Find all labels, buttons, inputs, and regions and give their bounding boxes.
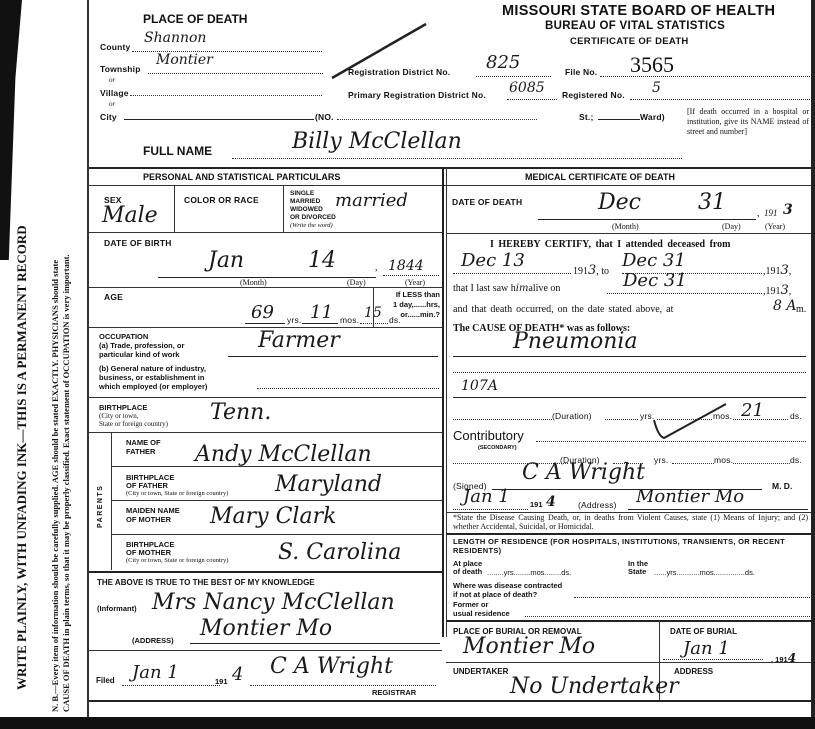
or-text: or	[109, 100, 115, 108]
mother-birthplace-label: BIRTHPLACE OF MOTHER (City or town, Stat…	[126, 541, 228, 565]
village-field[interactable]	[130, 86, 322, 96]
row-rule	[89, 397, 442, 398]
attended-from-year-prefix: 1913, to	[573, 263, 609, 278]
occupation-a-label: (a) Trade, profession, or	[99, 341, 184, 350]
dod-month-value: Dec	[598, 190, 641, 215]
mother-birthplace-value: S. Carolina	[278, 540, 401, 565]
birthplace-hint-line: State or foreign country)	[99, 420, 168, 428]
contributory-field[interactable]	[536, 432, 806, 442]
marital-option-widowed: WIDOWED	[290, 206, 336, 214]
filed-label: Filed	[96, 676, 115, 685]
month-caption: (Month)	[240, 278, 267, 287]
medical-section-title: MEDICAL CERTIFICATE OF DEATH	[525, 172, 675, 182]
marital-hint: (Write the word)	[290, 222, 336, 230]
marital-status-field[interactable]: married	[335, 190, 440, 212]
cell-divider	[283, 185, 284, 232]
undertaker-address-label: ADDRESS	[674, 667, 713, 676]
year-prefix: 191	[766, 286, 781, 297]
age-months-value: 11	[310, 302, 333, 323]
physician-address-label: (Address)	[578, 500, 617, 510]
township-field[interactable]: Montier	[148, 60, 323, 74]
filed-date-field[interactable]: Jan 1	[122, 672, 220, 686]
mos-unit: mos.	[530, 568, 546, 577]
duration-label: (Duration)	[552, 411, 592, 421]
parents-divider	[111, 432, 112, 570]
informant-label: (Informant)	[97, 604, 137, 613]
ds-unit: ds.	[790, 411, 802, 421]
dod-year-prefix: 191	[764, 208, 778, 218]
cause-line-2[interactable]	[453, 363, 806, 373]
in-state-label: In the State	[628, 560, 648, 576]
marital-option-divorced: OR DIVORCED	[290, 214, 336, 222]
full-name-value: Billy McClellan	[292, 129, 462, 154]
yrs-unit: yrs.	[654, 455, 669, 465]
form-bottom-rule	[89, 700, 811, 702]
at-place-label: At place of death	[453, 560, 482, 576]
county-field[interactable]: Shannon	[132, 38, 322, 52]
occupation-field[interactable]: Farmer	[228, 342, 438, 357]
death-time-value[interactable]: 8 A	[773, 298, 796, 314]
birthplace-label: BIRTHPLACE	[99, 403, 147, 412]
parents-label: PARENTS	[97, 485, 104, 528]
duration-days-field[interactable]: 21	[733, 410, 788, 420]
informant-address-field[interactable]: Montier Mo	[190, 628, 440, 644]
label-line: FATHER	[126, 447, 161, 456]
father-name-field[interactable]: Andy McClellan	[195, 444, 440, 466]
last-saw-suffix: alive on	[528, 283, 560, 294]
bureau-title: BUREAU OF VITAL STATISTICS	[545, 20, 725, 32]
contributory-months-field[interactable]	[672, 454, 714, 464]
yrs-unit: yrs.	[287, 315, 302, 325]
file-no-label: File No.	[565, 67, 597, 77]
year-caption: (Year)	[765, 222, 785, 231]
registration-district-label: Registration District No.	[348, 67, 450, 77]
md-label: M. D.	[772, 481, 792, 491]
certify-statement: I HEREBY CERTIFY, that I attended deceas…	[490, 239, 731, 250]
sex-value: Male	[102, 203, 158, 228]
industry-label-block: (b) General nature of industry, business…	[99, 364, 207, 391]
dob-month-value: Jan	[208, 248, 244, 273]
ward-label: Ward)	[640, 112, 665, 122]
year-prefix: 191	[573, 266, 588, 277]
contracted-label: Where was disease contracted if not at p…	[453, 581, 562, 599]
registered-no-field[interactable]: 5	[630, 86, 810, 100]
undertaker-value: No Undertaker	[510, 674, 679, 699]
center-divider-inner	[446, 167, 447, 637]
occupation-label: OCCUPATION	[99, 332, 184, 341]
attended-to-value: Dec 31	[622, 250, 686, 271]
county-label: County	[100, 42, 130, 52]
dod-label: DATE OF DEATH	[452, 197, 522, 207]
yrs-unit: yrs.	[667, 568, 679, 577]
attended-to-year: ,1913,	[763, 263, 791, 278]
primary-district-label: Primary Registration District No.	[348, 90, 486, 100]
margin-note-line-2: CAUSE OF DEATH in plain terms, so that i…	[61, 254, 71, 712]
month-caption: (Month)	[612, 222, 639, 231]
contracted-field[interactable]	[574, 590, 810, 598]
label-line: usual residence	[453, 609, 510, 618]
township-label: Township	[100, 64, 141, 74]
informant-value: Mrs Nancy McClellan	[152, 590, 395, 615]
age-years-value: 69	[251, 302, 274, 323]
scan-bottom-edge	[0, 717, 815, 729]
mother-name-value: Mary Clark	[210, 504, 336, 529]
color-race-label: COLOR OR RACE	[184, 195, 259, 205]
place-of-death-title: PLACE OF DEATH	[143, 12, 247, 26]
industry-label: (b) General nature of industry,	[99, 364, 207, 373]
or-text: or	[109, 76, 115, 84]
personal-section-title: PERSONAL AND STATISTICAL PARTICULARS	[143, 172, 340, 182]
row-rule	[446, 620, 811, 622]
cause-primary-field[interactable]: Pneumonia	[453, 343, 806, 357]
industry-label: which employed (or employer)	[99, 382, 207, 391]
row-rule	[89, 571, 442, 573]
street-no-label: (NO.	[315, 112, 334, 122]
form-left-border	[87, 0, 89, 717]
cell-divider	[373, 287, 374, 327]
registered-no-value: 5	[652, 80, 661, 96]
duration-line	[453, 410, 552, 420]
registrar-signature-field[interactable]: C A Wright	[250, 672, 436, 686]
day-caption: (Day)	[347, 278, 366, 287]
father-name-value: Andy McClellan	[195, 442, 372, 467]
dob-day-value: 14	[308, 248, 336, 273]
burial-date-field[interactable]: Jan 1	[663, 648, 763, 660]
section-top-rule	[89, 167, 811, 169]
signed-year-prefix: 191	[530, 500, 543, 509]
ward-field[interactable]	[598, 110, 640, 120]
residence-title: LENGTH OF RESIDENCE (FOR HOSPITALS, INST…	[453, 537, 808, 555]
street-label: St.;	[579, 112, 594, 122]
label-line: of death	[453, 568, 482, 576]
signed-date-value: Jan 1	[463, 486, 510, 507]
registered-no-label: Registered No.	[562, 90, 625, 100]
age-months-field[interactable]: 11	[302, 310, 338, 324]
day-caption: (Day)	[722, 222, 741, 231]
label-line: State	[628, 568, 648, 576]
contributory-label: Contributory	[453, 428, 524, 443]
knowledge-statement: THE ABOVE IS TRUE TO THE BEST OF MY KNOW…	[97, 578, 315, 587]
occupation-label-block: OCCUPATION (a) Trade, profession, or par…	[99, 332, 184, 359]
marital-option-single: SINGLE	[290, 190, 336, 198]
birthplace-hint-line: (City or town,	[99, 412, 168, 420]
sex-field[interactable]: Male	[96, 205, 172, 230]
label-line: MAIDEN NAME	[126, 506, 180, 515]
mother-birthplace-field[interactable]: S. Carolina	[278, 542, 442, 568]
attended-from-year[interactable]: 3	[588, 263, 596, 278]
marital-status-value: married	[335, 190, 408, 211]
ds-unit: ds.	[745, 568, 755, 577]
cause-footnote: *State the Disease Causing Death, or, in…	[453, 513, 808, 531]
physician-signature-value: C A Wright	[522, 460, 645, 485]
former-residence-label: Former or usual residence	[453, 600, 510, 618]
burial-place-value: Montier Mo	[463, 634, 595, 659]
dob-year-value: 1844	[388, 258, 424, 274]
village-label: Village	[100, 88, 129, 98]
last-saw-year: ,1913,	[763, 283, 791, 298]
primary-district-field[interactable]: 6085	[507, 86, 557, 100]
last-saw-date-value: Dec 31	[623, 270, 687, 291]
yrs-unit: yrs.	[504, 568, 516, 577]
age-label: AGE	[104, 292, 123, 302]
father-birthplace-value: Maryland	[275, 472, 382, 497]
label-line: OF MOTHER	[126, 549, 228, 557]
at-place-duration[interactable]: ........yrs........mos........ds.	[487, 568, 571, 577]
city-field[interactable]	[124, 110, 314, 120]
ds-unit: ds.	[790, 455, 802, 465]
father-name-label: NAME OF FATHER	[126, 438, 161, 456]
agency-title: MISSOURI STATE BOARD OF HEALTH	[502, 3, 775, 19]
dod-day-value: 31	[698, 190, 726, 215]
burial-place-field[interactable]: Montier Mo	[455, 636, 655, 658]
street-no-field[interactable]	[337, 110, 537, 120]
marital-status-options: SINGLE MARRIED WIDOWED OR DIVORCED (Writ…	[290, 190, 336, 230]
physician-address-value: Montier Mo	[636, 486, 744, 507]
age-years-field[interactable]: 69	[245, 310, 285, 324]
row-rule	[89, 287, 442, 288]
row-rule	[111, 500, 442, 501]
less-than-line: If LESS than	[382, 290, 440, 300]
death-time-statement: and that death occurred, on the date sta…	[453, 304, 673, 315]
margin-note-line-1: N. B.—Every item of information should b…	[50, 260, 60, 712]
registration-district-value: 825	[486, 52, 520, 73]
row-rule	[111, 534, 442, 535]
city-label: City	[100, 112, 117, 122]
cause-value: Pneumonia	[513, 329, 638, 354]
last-saw-pronoun[interactable]: im	[516, 283, 529, 294]
burial-date-value: Jan 1	[683, 638, 730, 659]
row-rule	[446, 533, 811, 535]
form-right-border	[811, 0, 815, 729]
father-birthplace-field[interactable]: Maryland	[275, 474, 440, 498]
in-state-duration[interactable]: ......yrs...........mos...............ds…	[654, 568, 755, 577]
cause-code-value: 107A	[461, 378, 498, 394]
to-label: to	[601, 266, 609, 277]
dob-year-field[interactable]: 1844	[383, 262, 439, 276]
signed-date-field[interactable]: Jan 1	[453, 496, 528, 510]
row-rule	[111, 466, 442, 467]
secondary-label: (SECONDARY)	[478, 445, 517, 451]
former-residence-field[interactable]	[525, 609, 810, 617]
township-value: Montier	[156, 52, 213, 68]
label-line: Where was disease contracted	[453, 581, 562, 590]
duration-years-field[interactable]	[605, 410, 638, 420]
filed-year-prefix: 191	[215, 677, 228, 686]
hospital-note: [If death occurred in a hospital or inst…	[687, 107, 809, 137]
birthplace-value: Tenn.	[210, 400, 271, 425]
less-than-line: 1 day,......hrs,	[382, 300, 440, 310]
cause-code-field[interactable]: 107A	[453, 384, 806, 398]
industry-field[interactable]	[257, 381, 439, 389]
ds-unit: ds.	[561, 568, 571, 577]
undertaker-field[interactable]: No Undertaker	[500, 674, 805, 700]
mother-name-field[interactable]: Mary Clark	[210, 506, 440, 530]
primary-district-value: 6085	[509, 80, 545, 96]
year-caption: (Year)	[405, 278, 425, 287]
dob-label: DATE OF BIRTH	[104, 238, 172, 248]
color-race-field[interactable]	[178, 205, 281, 230]
attended-from-field[interactable]: Dec 13	[453, 260, 571, 274]
comma: ,	[757, 208, 760, 219]
row-rule	[89, 232, 442, 233]
industry-label: business, or establishment in	[99, 373, 207, 382]
label-hint: (City or town, State or foreign country)	[126, 490, 228, 498]
section-header-rule	[89, 185, 811, 186]
attended-from-value: Dec 13	[461, 250, 525, 271]
last-saw-statement: that I last saw himalive on	[453, 283, 560, 294]
death-time-suffix: m.	[796, 304, 806, 315]
form-title: CERTIFICATE OF DEATH	[570, 36, 689, 47]
filed-year-value[interactable]: 4	[232, 664, 243, 685]
informant-address-label: (ADDRESS)	[132, 636, 174, 645]
signed-year-value[interactable]: 4	[546, 494, 556, 510]
less-than-line: or......min.?	[382, 310, 440, 320]
mos-unit: mos.	[714, 455, 733, 465]
file-no-value: 3565	[630, 52, 674, 78]
dod-year-value[interactable]: 3	[783, 202, 793, 218]
label-hint: (City or town, State or foreign country)	[126, 557, 228, 565]
row-rule	[89, 650, 442, 651]
label-line: Former or	[453, 600, 510, 609]
contributory-days-field[interactable]	[733, 454, 790, 464]
marital-option-married: MARRIED	[290, 198, 336, 206]
registrar-signature-value: C A Wright	[270, 654, 393, 679]
last-saw-year-value[interactable]: 3	[781, 283, 789, 298]
father-birthplace-label: BIRTHPLACE OF FATHER (City or town, Stat…	[126, 474, 228, 498]
dod-month-day-field[interactable]: Dec 31	[538, 204, 756, 220]
last-saw-date-field[interactable]: Dec 31	[607, 280, 762, 294]
mos-unit: mos.	[340, 315, 359, 325]
birthplace-hint: (City or town, State or foreign country)	[99, 412, 168, 428]
row-rule	[446, 233, 811, 234]
registration-district-field[interactable]: 825	[476, 62, 551, 77]
informant-field[interactable]: Mrs Nancy McClellan	[152, 592, 442, 616]
mother-name-label: MAIDEN NAME OF MOTHER	[126, 506, 180, 524]
label-line: if not at place of death?	[453, 590, 562, 599]
row-rule	[446, 662, 811, 663]
occupation-a-label: particular kind of work	[99, 350, 184, 359]
label-line: NAME OF	[126, 438, 161, 447]
county-value: Shannon	[144, 30, 206, 46]
registrar-label: REGISTRAR	[372, 688, 416, 697]
file-no-field[interactable]: 3565	[600, 62, 810, 77]
burial-date-label: DATE OF BURIAL	[670, 627, 737, 636]
filed-date-value: Jan 1	[132, 662, 179, 683]
mos-unit: mos.	[699, 568, 715, 577]
last-saw-prefix: that I last saw h	[453, 283, 516, 294]
less-than-day-box[interactable]: If LESS than 1 day,......hrs, or......mi…	[382, 290, 440, 320]
attended-to-year-value[interactable]: 3	[781, 263, 789, 278]
year-prefix: 191	[766, 266, 781, 277]
full-name-label: FULL NAME	[143, 144, 212, 158]
dob-month-day-field[interactable]: Jan 14	[158, 260, 376, 278]
label-line: OF MOTHER	[126, 515, 180, 524]
physician-address-field[interactable]: Montier Mo	[628, 496, 808, 510]
label-line: OF FATHER	[126, 482, 228, 490]
row-rule	[89, 432, 442, 433]
occupation-value: Farmer	[258, 328, 340, 353]
full-name-field[interactable]: Billy McClellan	[232, 143, 682, 159]
permanent-record-notice: WRITE PLAINLY, WITH UNFADING INK—THIS IS…	[14, 225, 30, 690]
center-divider	[442, 167, 444, 637]
comma: ,	[375, 262, 378, 273]
duration-days-value: 21	[741, 400, 764, 421]
informant-address-value: Montier Mo	[200, 616, 332, 641]
cell-divider	[174, 185, 175, 232]
birthplace-field[interactable]: Tenn.	[200, 400, 438, 430]
